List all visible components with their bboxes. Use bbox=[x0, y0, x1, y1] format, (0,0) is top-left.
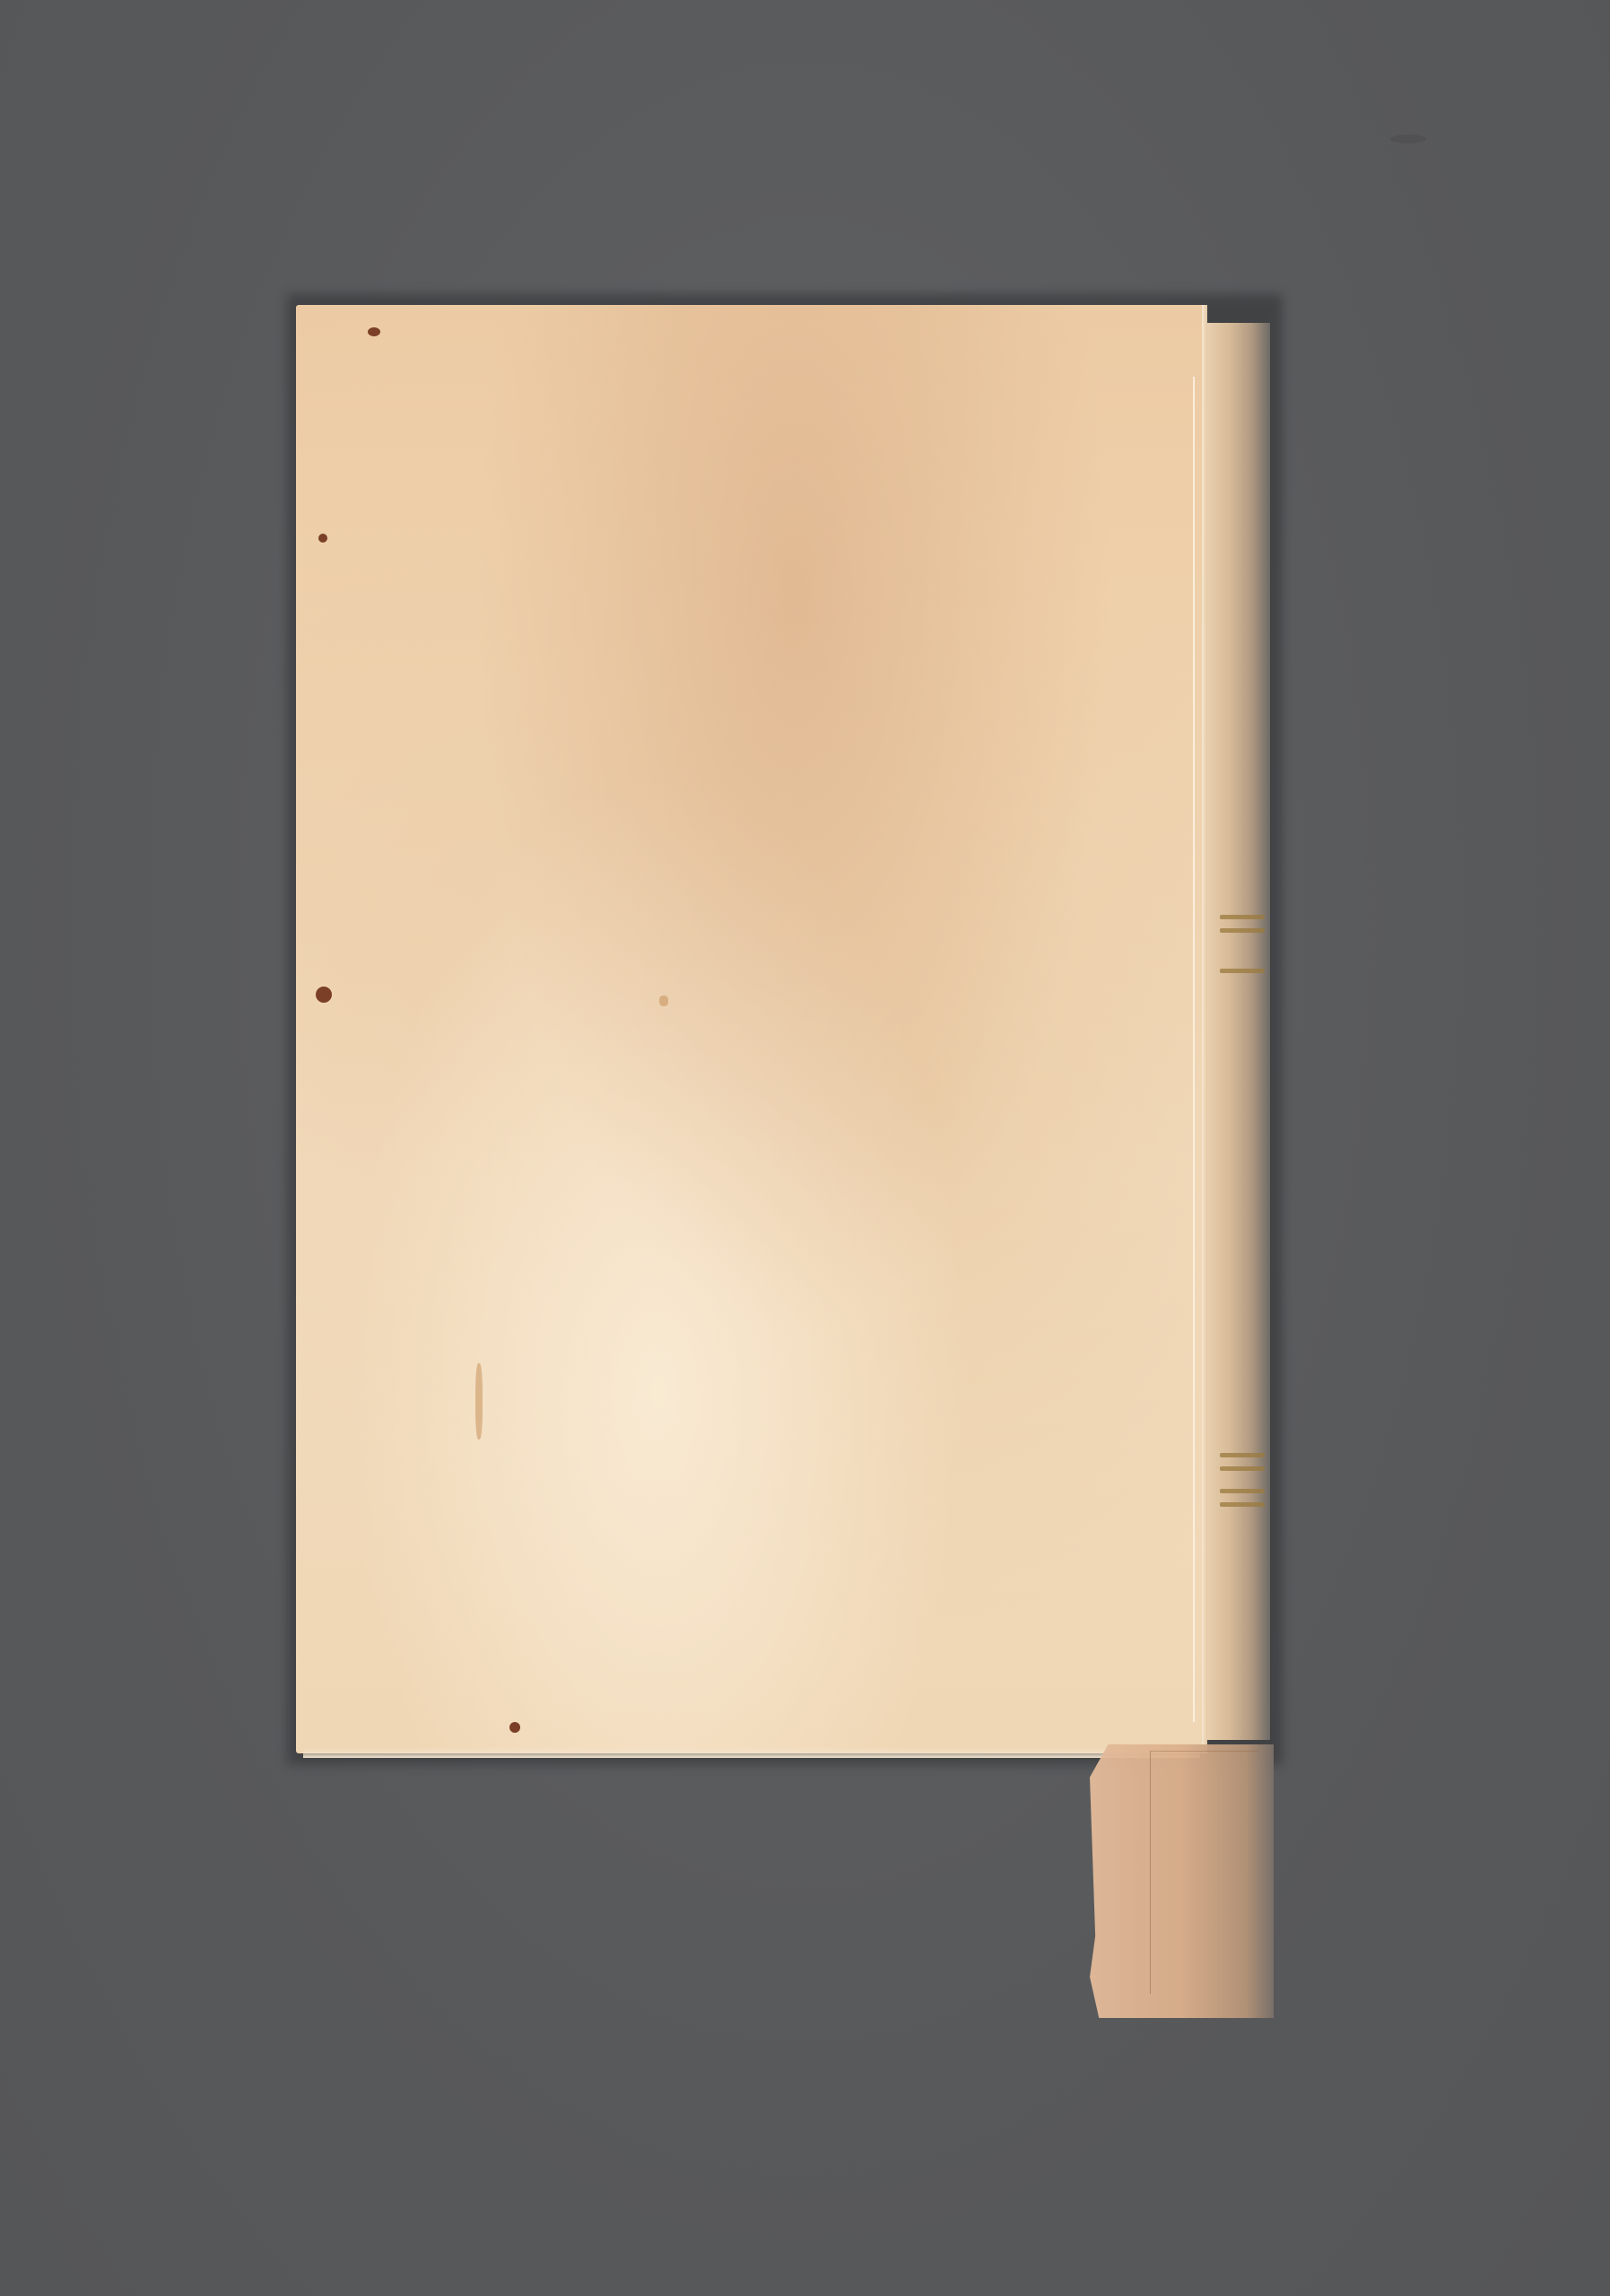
spine-gilt-band bbox=[1220, 1466, 1265, 1471]
cover-bottom-edge bbox=[303, 1747, 1200, 1758]
spine-gilt-band bbox=[1220, 928, 1265, 933]
ink-spot bbox=[509, 1722, 520, 1733]
book bbox=[296, 305, 1269, 1758]
ink-spot bbox=[368, 327, 380, 336]
label-inner-border bbox=[1150, 1751, 1258, 1994]
spine-gilt-band bbox=[1220, 1502, 1265, 1507]
ink-spot bbox=[316, 987, 332, 1003]
ink-spot bbox=[318, 534, 327, 543]
spine-crease-line bbox=[1193, 377, 1195, 1722]
background-smudge bbox=[1390, 135, 1426, 143]
spine-gilt-band bbox=[1220, 1453, 1265, 1457]
vellum-back-cover bbox=[296, 305, 1202, 1753]
spine-gilt-band bbox=[1220, 969, 1265, 973]
spine-gilt-band bbox=[1220, 1489, 1265, 1493]
stain bbox=[475, 1363, 483, 1439]
book-spine bbox=[1207, 323, 1270, 1740]
spine-gilt-band bbox=[1220, 915, 1265, 919]
stain bbox=[659, 996, 668, 1006]
